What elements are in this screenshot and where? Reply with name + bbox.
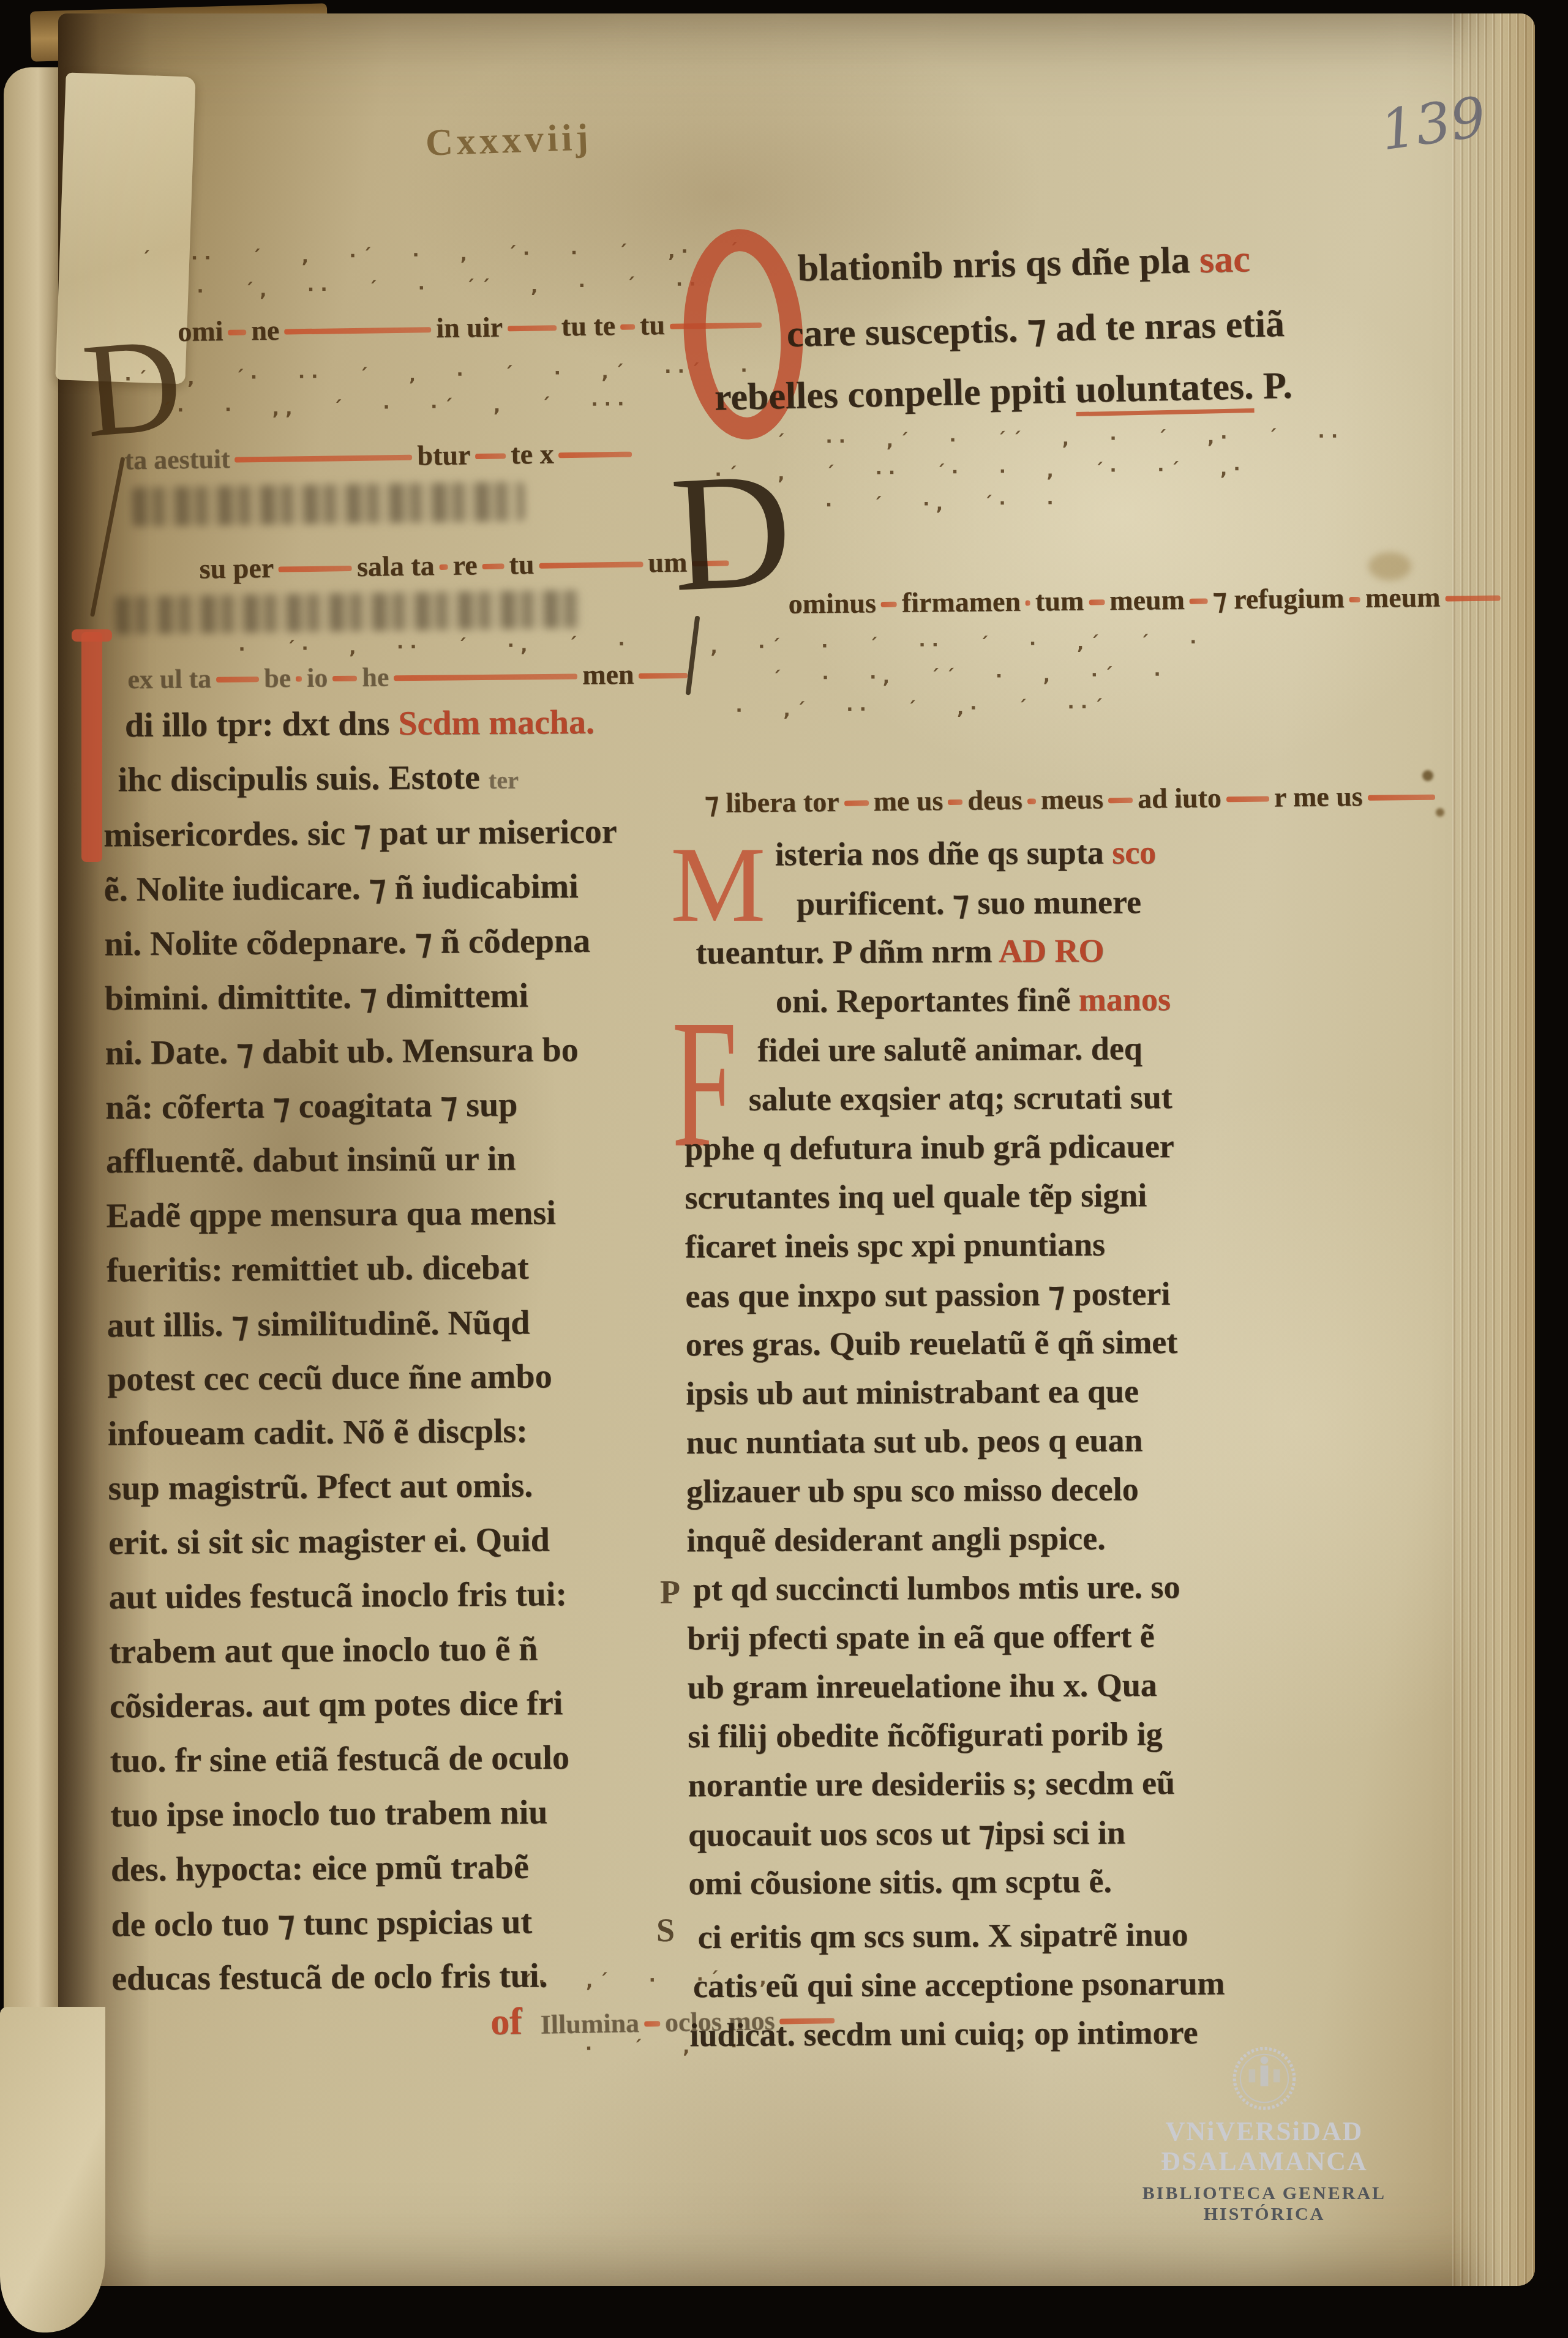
text-line: ub gram inreuelatione ihu x. Qua	[688, 1665, 1435, 1717]
text-line: isteria nos dñe qs supta sco	[775, 832, 1430, 885]
text-line: ores gras. Quib reuelatũ ẽ qñ simet	[686, 1322, 1433, 1374]
red-staff-line	[1445, 596, 1500, 602]
body-text: misericordes. sic ⁊ pat ur misericor	[103, 812, 617, 854]
text-line: salute exqsier atq; scrutati sut	[748, 1077, 1431, 1130]
red-staff-line	[844, 800, 869, 806]
text-line: ni. Nolite cõdepnare. ⁊ ñ cõdepna	[104, 920, 686, 979]
red-staff-line	[216, 676, 259, 683]
body-text: fidei ure salutẽ animar. deq	[757, 1030, 1142, 1068]
body-text: de oclo tuo ⁊ tunc pspicias ut	[111, 1903, 532, 1944]
body-text: glizauer ub spu sco misso decelo	[686, 1471, 1139, 1510]
faded-chant-word: be	[264, 663, 291, 693]
body-text: ter	[489, 766, 519, 794]
right-column-epistle-text: isteria nos dñe qs supta scopurificent. …	[683, 832, 1435, 1913]
red-staff-line	[296, 676, 302, 682]
text-line: norantie ure desideriis s; secdm eũ	[688, 1763, 1435, 1815]
marginal-letter-S: S	[656, 1911, 675, 1949]
body-text: sup magistrũ. Pfect aut omis.	[108, 1466, 533, 1507]
body-text: bimini. dimittite. ⁊ dimittemi	[105, 977, 528, 1018]
body-text: fueritis: remittiet ub. dicebat	[107, 1249, 529, 1290]
chant-word: te x	[511, 438, 554, 470]
red-staff-line	[284, 327, 431, 334]
chant-word: tu	[509, 549, 535, 580]
body-text: affluentẽ. dabut insinũ ur in	[106, 1140, 516, 1181]
text-line: sup magistrũ. Pfect aut omis.	[108, 1465, 690, 1524]
body-text: brij pfecti spate in eã que offert ẽ	[687, 1617, 1155, 1657]
text-line: scrutantes inq uel quale tẽp signi	[685, 1175, 1431, 1227]
body-text: tuo. fr sine etiã festucã de oculo	[110, 1739, 569, 1780]
body-text: isteria nos dñe qs supta	[775, 834, 1112, 873]
ink-smudge	[115, 590, 581, 635]
chant-word: ominus	[788, 587, 876, 619]
body-text: eas que inxpo sut passion ⁊ posteri	[685, 1275, 1170, 1314]
red-staff-line	[1368, 795, 1435, 801]
text-line: ni. Date. ⁊ dabit ub. Mensura bo	[105, 1029, 687, 1088]
text-line: potest cec cecũ duce ñne ambo	[107, 1356, 689, 1415]
text-line: pt qd succincti lumbos mtis ure. so	[693, 1567, 1434, 1619]
red-staff-line	[558, 452, 632, 459]
right-column-collect-text: blationib nris qs dñe pla saccare suscep…	[711, 234, 1444, 439]
red-staff-line	[475, 453, 506, 459]
body-text: erit. si sit sic magister ei. Quid	[108, 1521, 550, 1562]
chant-line: ominusfirmamentummeum⁊ refugiummeum	[783, 580, 1433, 621]
body-text: cõsideras. aut qm potes dice fri	[110, 1684, 563, 1725]
chant-word: in uir	[436, 312, 503, 344]
body-text: norantie ure desideriis s; secdm eũ	[688, 1764, 1175, 1804]
body-text: iudicat. secdm uni cuiq; op intimore	[689, 2014, 1198, 2053]
body-text: educas festucã de oclo fris tui.	[111, 1957, 548, 1998]
body-text: ipsis ub aut ministrabant ea que	[686, 1373, 1139, 1412]
chant-word: deus	[967, 784, 1022, 816]
body-text: omi cõusione sitis. qm scptu ẽ.	[688, 1863, 1112, 1902]
body-text: salute exqsier atq; scrutati sut	[748, 1079, 1172, 1118]
rubric-word: of	[490, 2001, 532, 2043]
rubric-text: sac	[1199, 238, 1250, 281]
text-line: ci eritis qm scs sum. X sipatrẽ inuo	[697, 1914, 1432, 1967]
chant-line: su persala taretuum	[194, 545, 685, 586]
body-text: care susceptis. ⁊ ad te nras etiã	[786, 303, 1285, 355]
body-text: trabem aut que inoclo tuo ẽ ñ	[109, 1630, 538, 1671]
faded-chant-word: ta aestuit	[124, 444, 230, 475]
ink-stain	[1436, 808, 1444, 817]
red-staff-line	[439, 564, 448, 570]
chant-word: tu	[640, 309, 666, 341]
text-line: tueantur. P dñm nrm AD RO	[696, 930, 1430, 983]
red-staff-line	[1349, 597, 1360, 602]
body-text: nuc nuntiata sut ub. peos q euan	[686, 1422, 1142, 1461]
neume-row: · ,´ ·· ´ ,· ´ ··´	[735, 693, 1433, 725]
red-staff-line	[948, 800, 962, 805]
text-line: trabem aut que inoclo tuo ẽ ñ	[109, 1628, 691, 1687]
bottom-page-curl	[0, 2007, 105, 2332]
red-staff-line	[234, 455, 412, 463]
neume-row: · ´ ·, ´· ·	[825, 489, 1431, 519]
red-staff-line	[508, 325, 557, 331]
chant-word: firmamen	[902, 586, 1021, 618]
fore-edge-page-stack	[1452, 13, 1535, 2286]
body-text: aut illis. ⁊ similitudinẽ. Nũqd	[107, 1303, 530, 1344]
text-line: infoueam cadit. Nõ ẽ discpls:	[108, 1411, 690, 1469]
chant-word: tu te	[561, 310, 616, 342]
body-text: ihc discipulis suis. Estote	[118, 759, 489, 799]
text-line: tuo. fr sine etiã festucã de oculo	[110, 1737, 692, 1796]
chant-word: meum	[1365, 582, 1440, 613]
chant-word: ne	[251, 315, 280, 347]
neume-row: ·´ , ´ ·· ´· · , ´· ·´ ,·	[715, 457, 1431, 489]
text-line: ipsis ub aut ministrabant ea que	[686, 1371, 1433, 1423]
page-heading-roman-numeral: Cxxxviij	[425, 116, 593, 165]
chant-word: omi	[178, 315, 223, 347]
text-line: ẽ. Nolite iudicare. ⁊ ñ iudicabimi	[103, 866, 686, 924]
neume-row: ·´ , ´· ·· ´ ‚ · ´ · ,´ ··´ ·	[124, 361, 681, 393]
body-text: di illo tpr: dxt dns	[125, 705, 399, 744]
text-line: erit. si sit sic magister ei. Quid	[108, 1519, 691, 1578]
rubric-text: manos	[1079, 981, 1171, 1018]
rubric-text: Scdm macha.	[398, 703, 595, 743]
text-line: oni. Reportantes finẽ manos	[776, 979, 1431, 1032]
library-watermark: VNiVERSiDAD ĐSALAMANCA BIBLIOTECA GENERA…	[1127, 2046, 1402, 2225]
body-text: tueantur. P dñm nrm	[696, 933, 999, 972]
red-staff-line	[639, 673, 688, 679]
text-line: fidei ure salutẽ animar. deq	[757, 1028, 1431, 1081]
body-text: aut uides festucã inoclo fris tui:	[109, 1575, 568, 1616]
text-line: care susceptis. ⁊ ad te nras etiã	[786, 298, 1442, 373]
red-staff-line	[1089, 599, 1105, 605]
chant-word: ⁊ libera tor	[705, 786, 839, 819]
manuscript-photo: Cxxxviij 139 D ´ ·· ´ , ·´ · ‚ ´· · ´ ,·…	[0, 0, 1568, 2338]
text-line: eas que inxpo sut passion ⁊ posteri	[685, 1273, 1432, 1325]
rubric-text: sco	[1112, 834, 1156, 871]
red-staff-line	[1190, 599, 1208, 604]
right-column-epistle-text-end: ci eritis qm scs sum. X sipatrẽ inuocati…	[685, 1914, 1433, 2065]
body-text: scrutantes inq uel quale tẽp signi	[685, 1177, 1147, 1216]
left-chant-line-faded: ex ul tabeiohemen	[122, 658, 692, 697]
rubric-text: AD RO	[999, 932, 1105, 970]
watermark-university-name: VNiVERSiDAD	[1127, 2116, 1402, 2147]
text-line: pphe q defutura inub grã pdicauer	[685, 1126, 1431, 1178]
body-text: uoluntates.	[1075, 365, 1255, 416]
text-line: nã: cõferta ⁊ coagitata ⁊ sup	[105, 1084, 688, 1142]
watermark-university-name-2: ĐSALAMANCA	[1127, 2146, 1402, 2177]
red-staff-line	[620, 324, 635, 330]
neume-row: , ·´ · ´ ·· ´ · ,´ ´ ·	[710, 629, 1433, 661]
chant-word: tum	[1035, 585, 1084, 617]
body-text: pt qd succincti lumbos mtis ure. so	[693, 1568, 1180, 1608]
red-staff-line	[881, 602, 897, 607]
text-line: aut uides festucã inoclo fris tui:	[108, 1574, 691, 1633]
body-text: Eadẽ qppe mensura qua mensi	[106, 1194, 556, 1235]
neume-row: ´ · ·, ´´ · , ·´ ·	[772, 661, 1433, 692]
text-line: si filij obedite ñcõfigurati porib ig	[688, 1714, 1435, 1766]
red-staff-line	[539, 561, 643, 568]
text-line: aut illis. ⁊ similitudinẽ. Nũqd	[107, 1302, 689, 1360]
red-staff-line	[1027, 798, 1036, 804]
body-text: si filij obedite ñcõfigurati porib ig	[688, 1715, 1163, 1755]
chant-word: re	[452, 549, 478, 581]
chant-word: sala ta	[357, 550, 435, 582]
ink-smudge	[132, 482, 525, 526]
neume-row: · ´, ·· ´ · ´´ , · ´ ··	[197, 274, 680, 305]
body-text: nã: cõferta ⁊ coagitata ⁊ sup	[105, 1086, 518, 1127]
red-staff-line	[1108, 798, 1133, 803]
body-text: ẽ. Nolite iudicare. ⁊ ñ iudicabimi	[103, 867, 578, 909]
parchment-page: Cxxxviij 139 D ´ ·· ´ , ·´ · ‚ ´· · ´ ,·…	[58, 13, 1535, 2286]
body-text: ni. Date. ⁊ dabit ub. Mensura bo	[105, 1031, 578, 1072]
chant-line: ta aestuitbturte x	[119, 435, 683, 478]
body-text: des. hypocta: eice pmũ trabẽ	[111, 1848, 529, 1889]
watermark-library-name: BIBLIOTECA GENERAL HISTÓRICA	[1127, 2183, 1402, 2225]
chant-word: meum	[1109, 584, 1185, 616]
initial-I-rubric	[81, 632, 102, 862]
left-column-gospel-text: di illo tpr: dxt dns Scdm macha.ihc disc…	[103, 702, 694, 2014]
text-line: des. hypocta: eice pmũ trabẽ	[111, 1846, 693, 1905]
text-line: inquẽ desiderant angli pspice.	[686, 1518, 1433, 1570]
text-line: cõsideras. aut qm potes dice fri	[110, 1683, 692, 1742]
red-staff-line	[228, 329, 246, 335]
body-text: tuo ipse inoclo tuo trabem niu	[110, 1793, 547, 1834]
previous-folio-edge	[4, 67, 66, 2271]
body-text: blationib nris qs dñe pla	[797, 239, 1200, 290]
text-line: brij pfecti spate in eã que offert ẽ	[687, 1616, 1434, 1668]
faded-chant-word: ex ul ta	[127, 664, 211, 694]
text-line: Eadẽ qppe mensura qua mensi	[106, 1193, 688, 1251]
body-text: ni. Nolite cõdepnare. ⁊ ñ cõdepna	[104, 922, 590, 964]
chant-word: meus	[1041, 783, 1104, 815]
text-line: ficaret ineis spc xpi pnuntians	[685, 1224, 1432, 1276]
body-text: ci eritis qm scs sum. X sipatrẽ inuo	[697, 1916, 1188, 1955]
text-line: fueritis: remittiet ub. dicebat	[107, 1247, 689, 1306]
faded-chant-word: Illumina	[540, 2008, 639, 2040]
body-text: oni. Reportantes finẽ	[776, 981, 1079, 1020]
chant-word: su per	[199, 552, 274, 585]
red-staff-line	[644, 2021, 660, 2026]
text-line: bimini. dimittite. ⁊ dimittemi	[105, 975, 687, 1033]
text-line: nuc nuntiata sut ub. peos q euan	[686, 1420, 1433, 1472]
text-line: tuo ipse inoclo tuo trabem niu	[110, 1792, 692, 1851]
faded-chant-word: io	[307, 662, 328, 692]
body-text: pphe q defutura inub grã pdicauer	[685, 1128, 1174, 1167]
text-line: de oclo tuo ⁊ tunc pspicias ut	[111, 1901, 693, 1960]
chant-word: r me us	[1274, 781, 1363, 813]
body-text: potest cec cecũ duce ñne ambo	[107, 1357, 552, 1398]
red-staff-line	[332, 676, 357, 681]
neume-row: ´ ·· ´ , ·´ · ‚ ´· · ´ ,· ´	[141, 241, 680, 272]
chant-line: ex ul tabeiohemen	[122, 658, 692, 697]
text-line: quocauit uos scos ut ⁊ipsi sci in	[688, 1812, 1435, 1864]
text-line: di illo tpr: dxt dns Scdm macha.	[125, 702, 685, 760]
text-line: blationib nris qs dñe pla sac	[797, 234, 1441, 310]
text-line: misericordes. sic ⁊ pat ur misericor	[103, 811, 686, 870]
chant-word: me us	[873, 785, 943, 817]
body-text: ub gram inreuelatione ihu x. Qua	[688, 1666, 1157, 1706]
university-seal-icon	[1232, 2046, 1297, 2111]
red-staff-line	[279, 566, 352, 572]
chant-word: ad iuto	[1138, 782, 1221, 814]
text-line: omi cõusione sitis. qm scptu ẽ.	[688, 1860, 1435, 1913]
text-line: catis eũ qui sine acceptione psonarum	[693, 1963, 1433, 2016]
body-text: purificent. ⁊ suo munere	[797, 883, 1141, 922]
faded-chant-word: he	[362, 662, 389, 692]
neume-row: ´· · ,, ´ · ·´ , ´ ···	[162, 392, 682, 424]
body-text: infoueam cadit. Nõ ẽ discpls:	[108, 1412, 528, 1453]
body-text: inquẽ desiderant angli pspice.	[686, 1520, 1105, 1559]
right-column-chant-music: ´ ·· ,´ · ´´ , · ´ ,· ´ ···´ , ´ ·· ´· ·…	[690, 425, 1435, 821]
chant-word: btur	[417, 439, 471, 471]
text-line: purificent. ⁊ suo munere	[797, 881, 1430, 933]
text-line: affluentẽ. dabut insinũ ur in	[106, 1138, 688, 1197]
body-text: ficaret ineis spc xpi pnuntians	[685, 1226, 1105, 1265]
body-text: P.	[1253, 365, 1293, 407]
chant-word: men	[582, 659, 634, 691]
body-text: catis eũ qui sine acceptione psonarum	[693, 1965, 1225, 2005]
red-staff-line	[1226, 796, 1269, 802]
text-line: glizauer ub spu sco misso decelo	[686, 1469, 1433, 1521]
body-text: rebelles conpelle ppiti	[714, 369, 1076, 418]
chant-word: ⁊ refugium	[1213, 582, 1345, 615]
body-text: ores gras. Quib reuelatũ ẽ qñ simet	[686, 1324, 1178, 1363]
left-column-chant-music: ´ ·· ´ , ·´ · ‚ ´· · ´ ,· ´· ´, ·· ´ · ´…	[104, 241, 685, 665]
text-line: ihc discipulis suis. Estote ter	[118, 757, 685, 815]
marginal-letter-P: P	[660, 1573, 680, 1611]
body-text: quocauit uos scos ut ⁊ipsi sci in	[688, 1814, 1125, 1853]
chant-line: ⁊ libera torme usdeusmeusad iutor me us	[700, 779, 1435, 821]
red-staff-line	[394, 674, 577, 681]
red-staff-line	[482, 564, 504, 570]
chant-line: ominein uirtu tetu	[173, 308, 681, 350]
red-staff-line	[1026, 601, 1030, 606]
